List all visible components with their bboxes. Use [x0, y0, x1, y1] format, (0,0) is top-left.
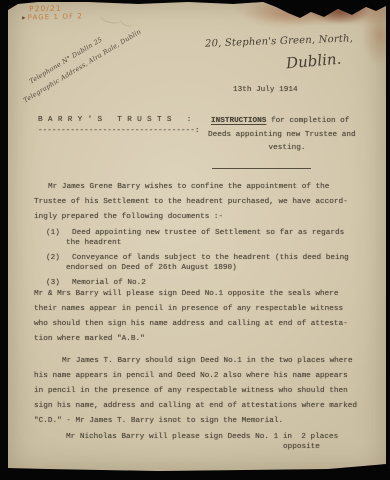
para4-line1: Mr Nicholas Barry will please sign Deeds…: [66, 433, 338, 442]
list-item1-line1: Deed appointing new trustee of Settlemen…: [72, 229, 344, 238]
list-item2-number: (2): [46, 254, 60, 263]
list-item1-number: (1): [46, 229, 60, 238]
heading-divider-rule: [212, 168, 311, 169]
para2-line3: who should then sign his name address an…: [34, 320, 348, 329]
letter-title: BARRY'S TRUSTS :: [38, 116, 197, 125]
para2-line1: Mr & Mrs Barry will please sign Deed No.…: [34, 290, 338, 299]
letter-date: 13th July 1914: [233, 86, 298, 95]
para3-line2: his name appears in pencil and Deed No.2…: [34, 372, 348, 381]
para2-line4: tion where marked "A.B.": [34, 335, 145, 344]
instructions-label: INSTRUCTIONS: [211, 117, 266, 125]
para3-line5: "C.D." - Mr James T. Barry isnot to sign…: [34, 417, 283, 426]
archive-page-note: ▸PAGE 1 OF 2: [22, 12, 83, 22]
para4-line2: opposite: [283, 443, 320, 452]
list-item2-line2: endorsed on Deed of 26th August 1890): [66, 264, 237, 273]
list-item3-number: (3): [46, 279, 60, 288]
para2-line2: their names appear in pencil in presence…: [34, 305, 343, 314]
scanned-letter-page: P20/21 ▸PAGE 1 OF 2 Telephone N° Dublin …: [0, 0, 390, 480]
para3-line1: Mr James T. Barry should sign Deed No.1 …: [62, 357, 353, 366]
archive-page-note-text: PAGE 1 OF 2: [27, 12, 83, 21]
instructions-heading-line3: vesting.: [208, 144, 366, 153]
para1-line3: ingly prepared the following documents :…: [34, 213, 223, 222]
list-item3-line1: Memorial of No.2: [72, 279, 146, 288]
para1-line2: Trustee of his Settlement to the headren…: [34, 198, 348, 207]
para3-line3: in pencil in the presence of any respect…: [34, 387, 348, 396]
letter-title-underline: ----------------------------------:: [38, 127, 199, 136]
list-item2-line1: Conveyance of lands subject to the headr…: [72, 254, 349, 263]
instructions-heading-line2: Deeds appointing new Trustee and: [208, 131, 356, 140]
para1-line1: Mr James Grene Barry wishes to confine t…: [48, 183, 329, 192]
para3-line4: sign his name, address and calling at en…: [34, 402, 357, 411]
instructions-heading-line1: INSTRUCTIONS for completion of: [211, 117, 349, 126]
instructions-rest: for completion of: [266, 117, 349, 125]
list-item1-line2: the headrent: [66, 239, 121, 248]
